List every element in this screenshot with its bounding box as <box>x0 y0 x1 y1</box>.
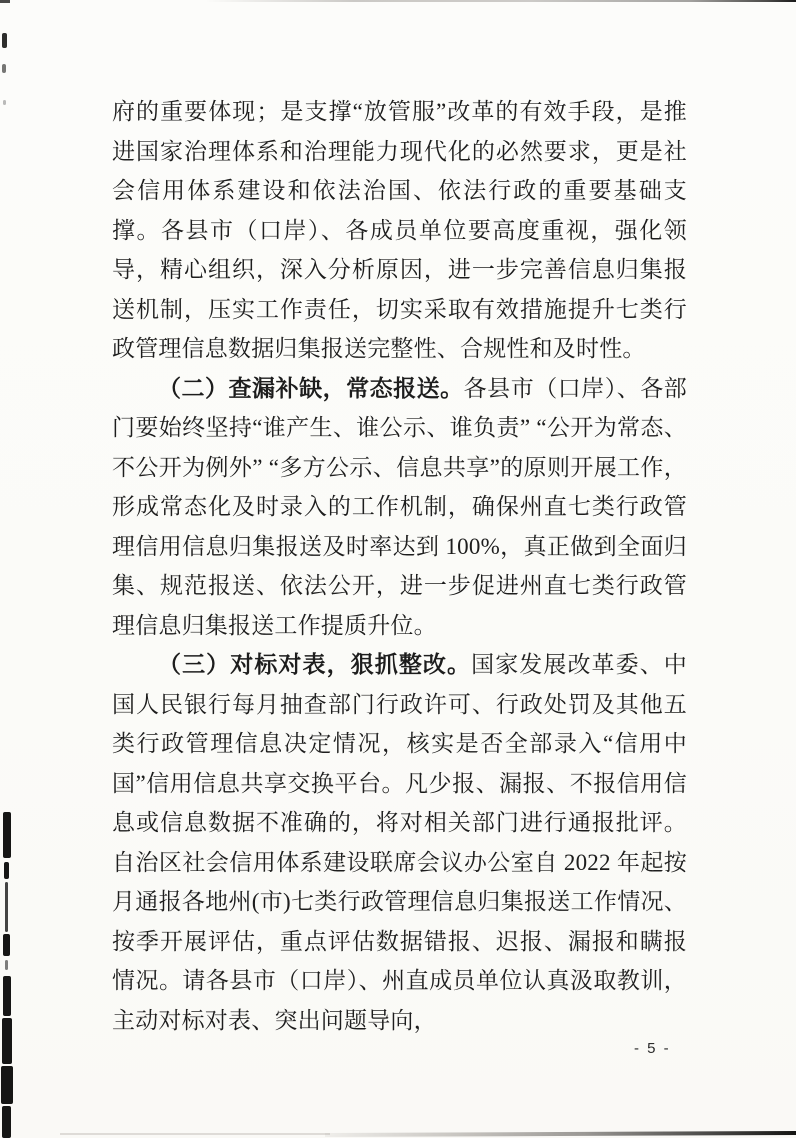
text-segment: 府的重要体现；是支撑“放管服”改革的有效手段，是推进国家治理体系和治理能力现代化… <box>112 99 687 361</box>
scan-left-mark <box>3 100 6 105</box>
scan-binding-mark <box>5 960 8 970</box>
paragraph: （二）查漏补缺，常态报送。各县市（口岸）、各部门要始终坚持“谁产生、谁公示、谁负… <box>112 369 687 646</box>
paragraph-heading-segment: （二）查漏补缺，常态报送。 <box>158 376 464 401</box>
scan-binding-mark <box>1 1066 13 1104</box>
text-segment: 国家发展改革委、中国人民银行每月抽查部门行政许可、行政处罚及其他五类行政管理信息… <box>112 652 687 1033</box>
paragraph: （三）对标对表，狠抓整改。国家发展改革委、中国人民银行每月抽查部门行政许可、行政… <box>112 645 687 1040</box>
scan-binding-mark <box>5 882 8 932</box>
scan-binding-mark <box>2 1106 11 1138</box>
scan-binding-mark <box>4 862 9 879</box>
paragraph-heading-segment: （三）对标对表，狠抓整改。 <box>158 652 471 677</box>
page-number: - 5 - <box>634 1040 671 1057</box>
scan-binding-mark <box>3 976 11 1016</box>
scan-left-mark <box>2 64 6 73</box>
scan-bottom-edge-shadow <box>60 1133 330 1135</box>
scan-binding-mark <box>2 1018 12 1064</box>
paragraph: 府的重要体现；是支撑“放管服”改革的有效手段，是推进国家治理体系和治理能力现代化… <box>112 92 687 369</box>
scanned-page: 府的重要体现；是支撑“放管服”改革的有效手段，是推进国家治理体系和治理能力现代化… <box>0 0 796 1138</box>
scan-corner-mark <box>0 0 10 3</box>
scan-left-mark <box>2 33 7 48</box>
scan-top-edge-shadow <box>205 0 796 2</box>
text-segment: 各县市（口岸）、各部门要始终坚持“谁产生、谁公示、谁负责” “公开为常态、不公开… <box>112 376 687 638</box>
document-body: 府的重要体现；是支撑“放管服”改革的有效手段，是推进国家治理体系和治理能力现代化… <box>112 92 687 1040</box>
scan-binding-mark <box>3 934 10 956</box>
scan-bottom-edge-shadow <box>325 1131 796 1137</box>
scan-binding-mark <box>3 812 11 858</box>
